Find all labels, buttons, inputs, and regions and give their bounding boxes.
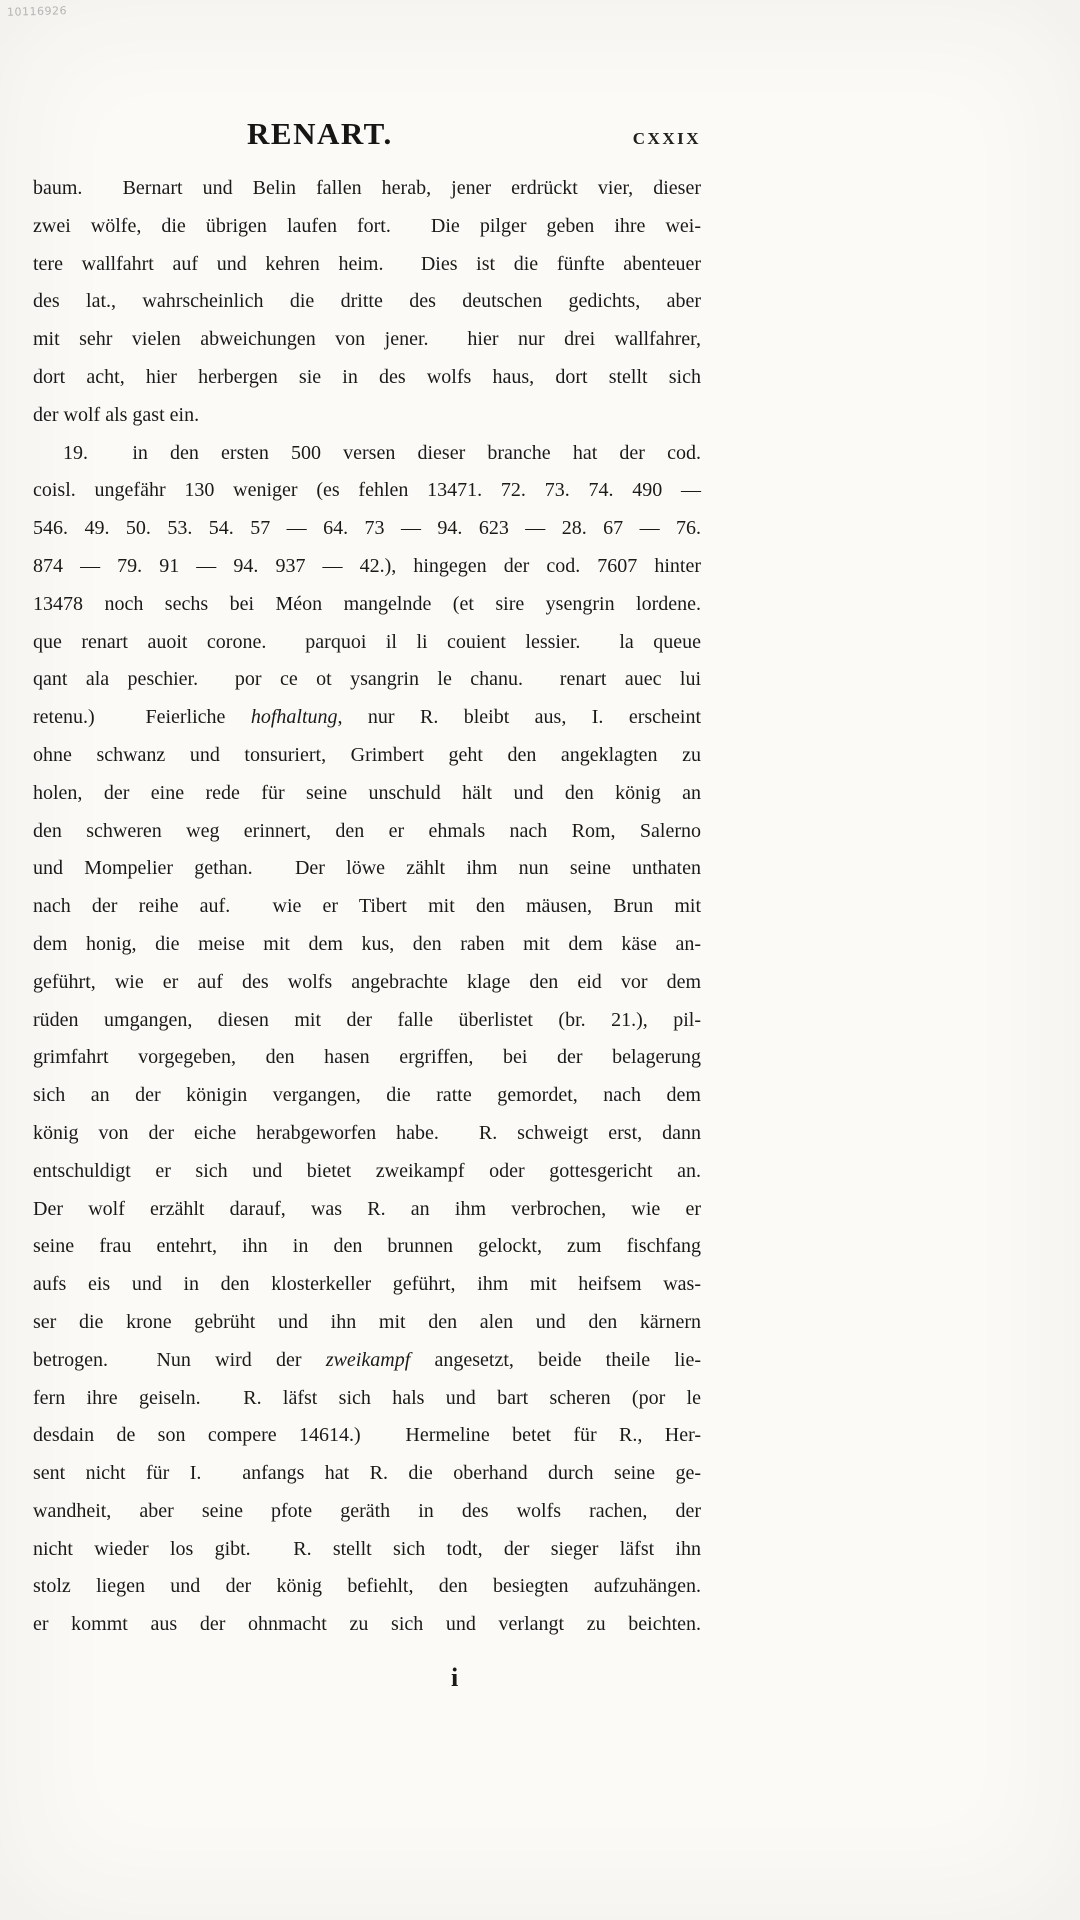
text-line: 13478 noch sechs bei Méon mangelnde (et … — [33, 586, 701, 624]
page-number: CXXIX — [633, 129, 701, 149]
text-line: der wolf als gast ein. — [33, 397, 701, 435]
text-line: sich an der königin vergangen, die ratte… — [33, 1077, 701, 1115]
text-line: ser die krone gebrüht und ihn mit den al… — [33, 1304, 701, 1342]
text-line: tere wallfahrt auf und kehren heim. Dies… — [33, 246, 701, 284]
text-line: geführt, wie er auf des wolfs angebracht… — [33, 964, 701, 1002]
text-line: Der wolf erzählt darauf, was R. an ihm v… — [33, 1191, 701, 1229]
signature-mark: i — [451, 1663, 458, 1693]
text-line: seine frau entehrt, ihn in den brunnen g… — [33, 1228, 701, 1266]
text-line: dem honig, die meise mit dem kus, den ra… — [33, 926, 701, 964]
text-line: fern ihre geiseln. R. läfst sich hals un… — [33, 1380, 701, 1418]
text-line: desdain de son compere 14614.) Hermeline… — [33, 1417, 701, 1455]
text-line: betrogen. Nun wird der zweikampf angeset… — [33, 1342, 701, 1380]
text-line: des lat., wahrscheinlich die dritte des … — [33, 283, 701, 321]
scanned-book-page: 10116926 RENART. CXXIX baum. Bernart und… — [0, 0, 1080, 1920]
text-line: retenu.) Feierliche hofhaltung, nur R. b… — [33, 699, 701, 737]
text-line: rüden umgangen, diesen mit der falle übe… — [33, 1002, 701, 1040]
text-line: zwei wölfe, die übrigen laufen fort. Die… — [33, 208, 701, 246]
text-line: stolz liegen und der könig befiehlt, den… — [33, 1568, 701, 1606]
text-line: könig von der eiche herabgeworfen habe. … — [33, 1115, 701, 1153]
text-line: 546. 49. 50. 53. 54. 57 — 64. 73 — 94. 6… — [33, 510, 701, 548]
text-line: aufs eis und in den klosterkeller geführ… — [33, 1266, 701, 1304]
text-line: wandheit, aber seine pfote geräth in des… — [33, 1493, 701, 1531]
text-line: sent nicht für I. anfangs hat R. die obe… — [33, 1455, 701, 1493]
text-line: er kommt aus der ohnmacht zu sich und ve… — [33, 1606, 701, 1644]
page-header: RENART. CXXIX — [33, 116, 701, 164]
body-text: baum. Bernart und Belin fallen herab, je… — [33, 170, 701, 1644]
text-line: holen, der eine rede für seine unschuld … — [33, 775, 701, 813]
text-line: entschuldigt er sich und bietet zweikamp… — [33, 1153, 701, 1191]
text-line: que renart auoit corone. parquoi il li c… — [33, 624, 701, 662]
text-line: nach der reihe auf. wie er Tibert mit de… — [33, 888, 701, 926]
text-line: grimfahrt vorgegeben, den hasen ergriffe… — [33, 1039, 701, 1077]
text-line: baum. Bernart und Belin fallen herab, je… — [33, 170, 701, 208]
text-line: dort acht, hier herbergen sie in des wol… — [33, 359, 701, 397]
text-line: mit sehr vielen abweichungen von jener. … — [33, 321, 701, 359]
text-line: 19. in den ersten 500 versen dieser bran… — [33, 435, 701, 473]
scan-id-stamp: 10116926 — [7, 4, 67, 19]
text-line: und Mompelier gethan. Der löwe zählt ihm… — [33, 850, 701, 888]
text-line: coisl. ungefähr 130 weniger (es fehlen 1… — [33, 472, 701, 510]
text-line: qant ala peschier. por ce ot ysangrin le… — [33, 661, 701, 699]
text-line: 874 — 79. 91 — 94. 937 — 42.), hingegen … — [33, 548, 701, 586]
text-line: nicht wieder los gibt. R. stellt sich to… — [33, 1531, 701, 1569]
page-title: RENART. — [247, 116, 393, 152]
text-line: ohne schwanz und tonsuriert, Grimbert ge… — [33, 737, 701, 775]
text-line: den schweren weg erinnert, den er ehmals… — [33, 813, 701, 851]
